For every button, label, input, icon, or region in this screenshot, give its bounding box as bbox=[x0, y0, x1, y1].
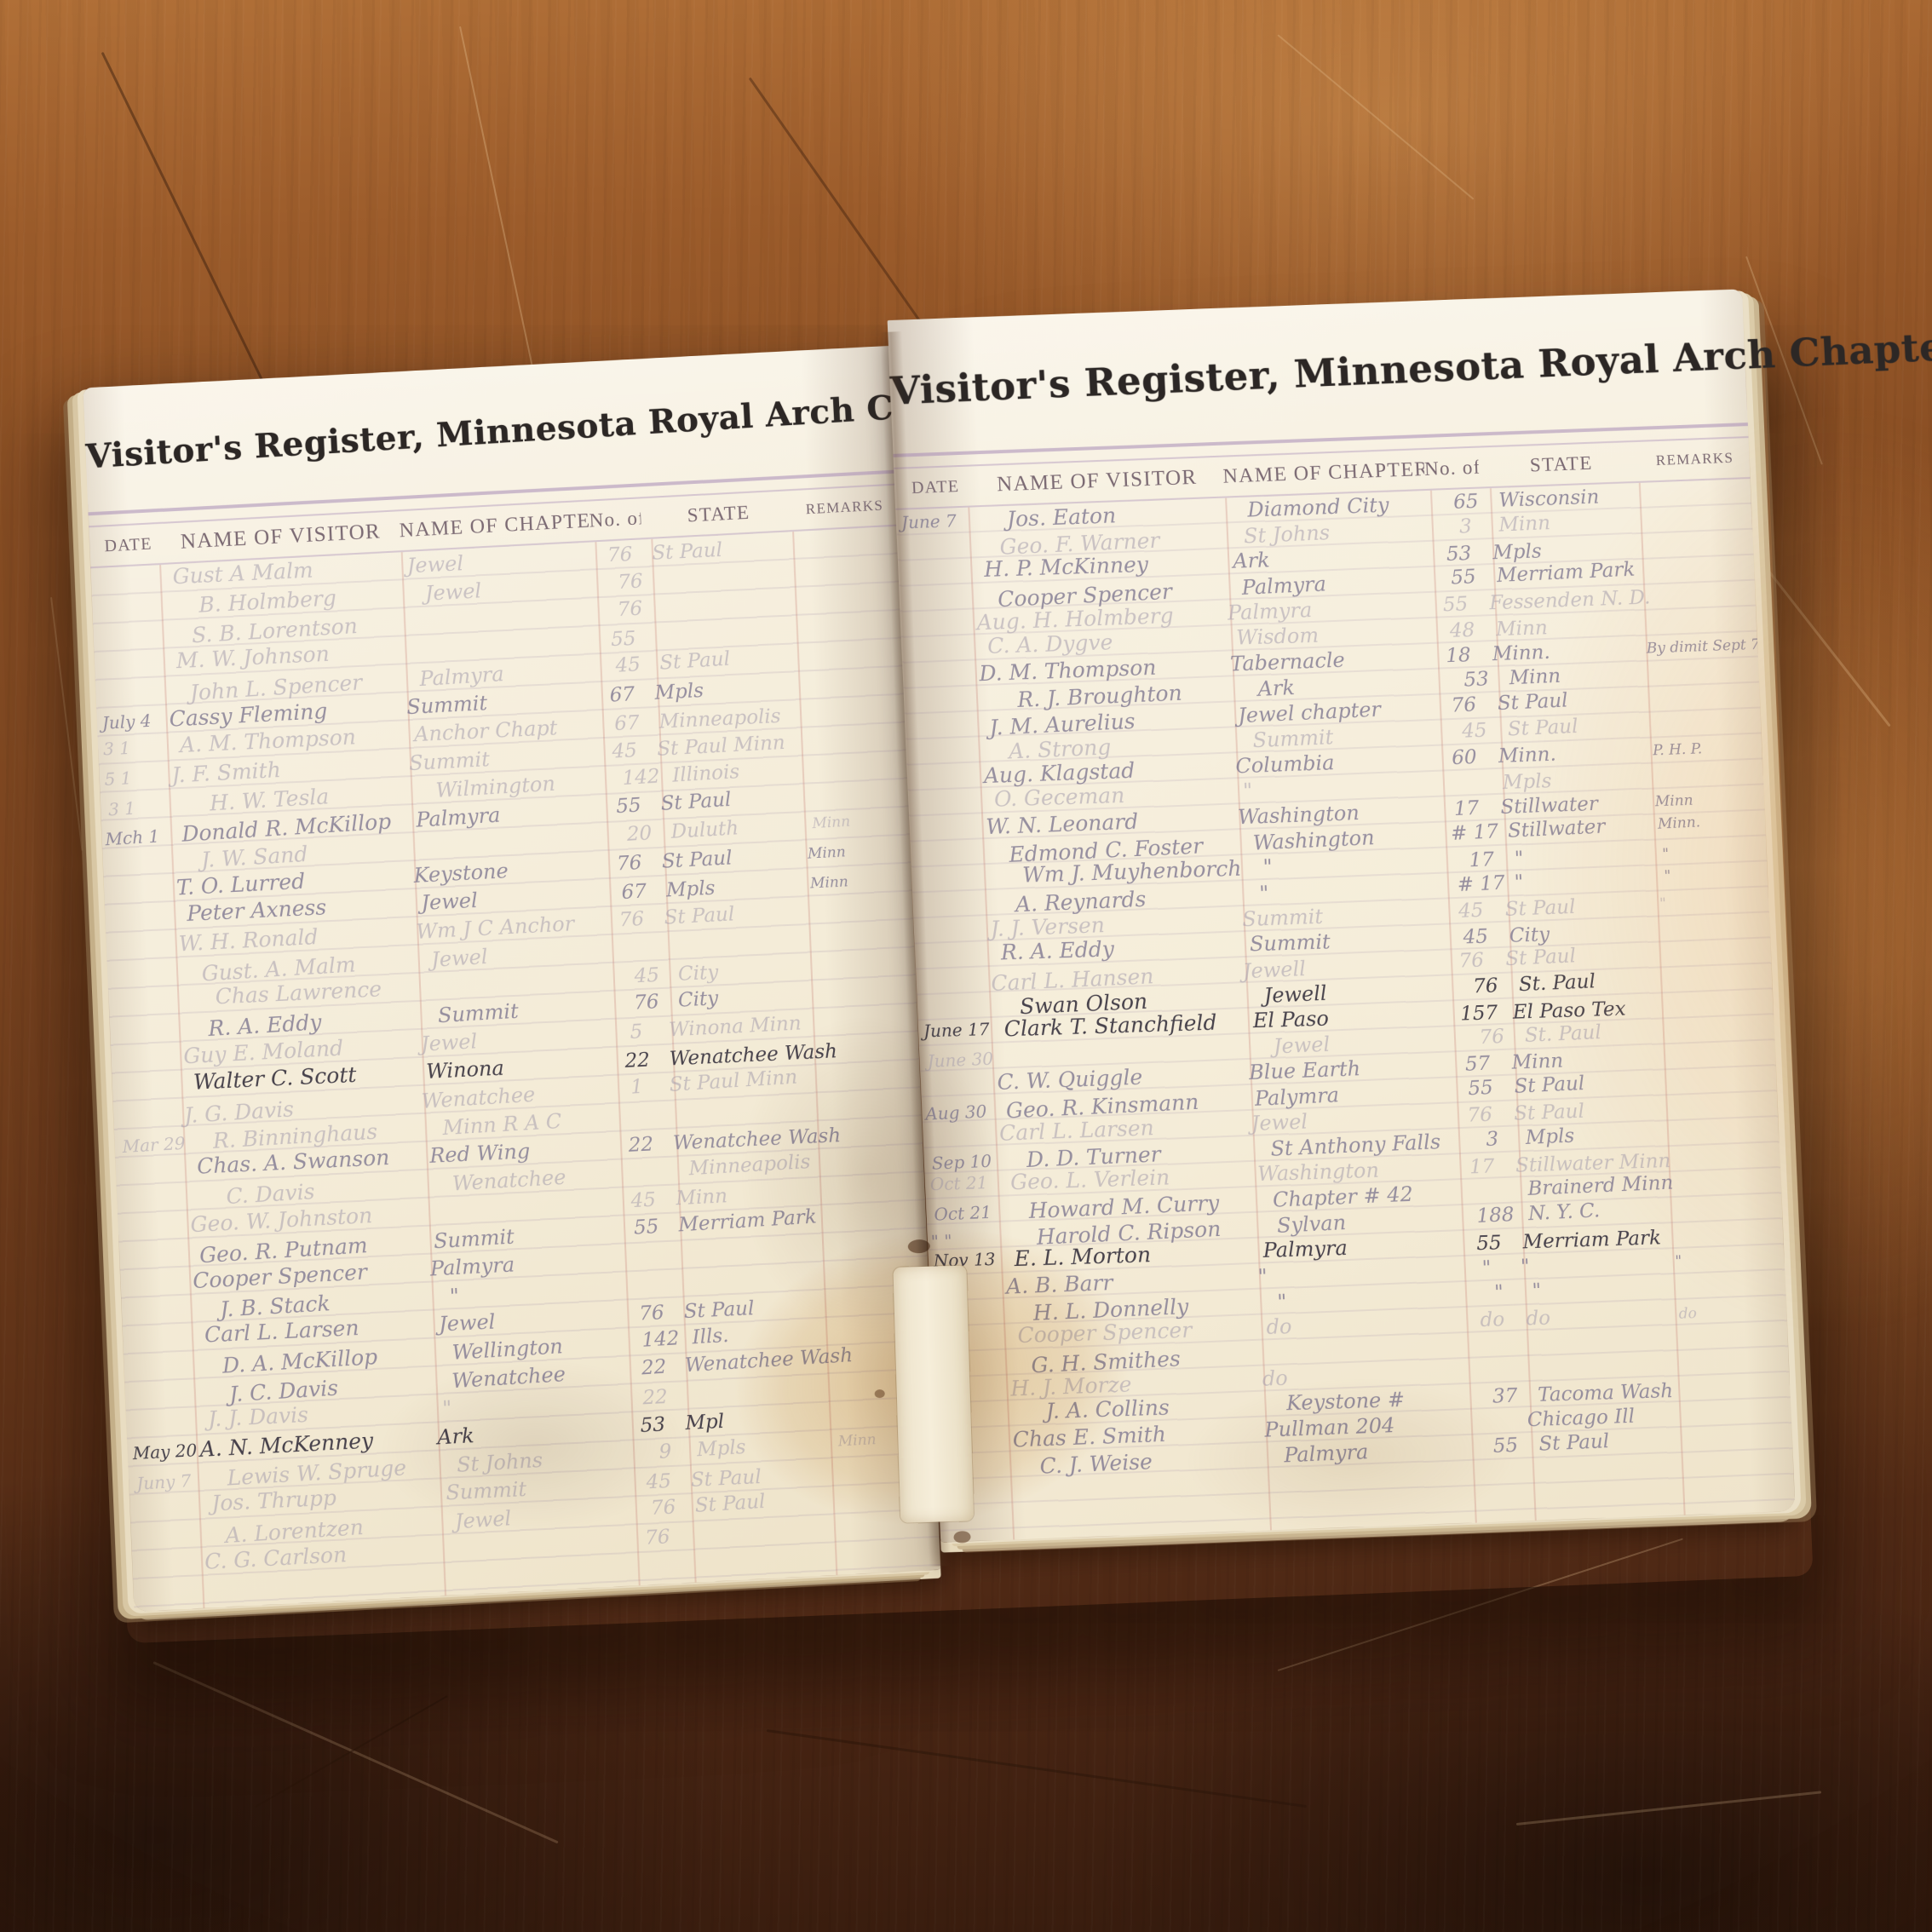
column-header: REMARKS bbox=[790, 497, 897, 520]
column-header: NAME OF VISITOR bbox=[970, 465, 1223, 498]
cell-state: St Paul bbox=[1532, 1429, 1686, 1455]
cell-remarks bbox=[1679, 1280, 1788, 1285]
column-header: REMARKS bbox=[1636, 449, 1750, 470]
page-title: Visitor's Register, Minnesota Royal Arch… bbox=[889, 333, 1746, 414]
cell-no: 76 bbox=[603, 853, 655, 875]
cell-no: 5 bbox=[610, 1021, 662, 1044]
cell-no: 45 bbox=[1447, 720, 1501, 742]
cell-date bbox=[124, 1311, 194, 1315]
cell-date bbox=[116, 1167, 187, 1170]
cell-remarks bbox=[1672, 1127, 1781, 1131]
cell-no bbox=[633, 1170, 681, 1172]
cell-state: Minneapolis bbox=[681, 1152, 825, 1180]
cell-remarks bbox=[799, 594, 902, 600]
cell-chapter: Keystone # bbox=[1286, 1387, 1480, 1413]
cell-remarks bbox=[1674, 1178, 1783, 1182]
cell-state: City bbox=[671, 983, 817, 1011]
cell-state: Mpls bbox=[1518, 1122, 1672, 1148]
cell-no: 76 bbox=[1444, 950, 1499, 972]
cell-date: May 20 bbox=[127, 1441, 200, 1462]
cell-state: " bbox=[1525, 1275, 1679, 1302]
cell-state: St Paul bbox=[653, 786, 802, 815]
cell-remarks bbox=[800, 737, 906, 743]
cell-no bbox=[626, 1114, 676, 1117]
cell-no: 76 bbox=[638, 1497, 689, 1520]
cell-state: Duluth bbox=[664, 815, 809, 843]
cell-remarks bbox=[793, 543, 898, 548]
cell-date bbox=[916, 906, 990, 909]
cell-date: 3 1 bbox=[98, 737, 170, 757]
cell-no: 55 bbox=[1479, 1435, 1532, 1458]
cell-name: Clark T. Stanchfield bbox=[993, 1010, 1253, 1040]
cell-date: Oct 21 bbox=[929, 1203, 1003, 1223]
left-page: Visitor's Register, Minnesota Royal Arch… bbox=[83, 346, 940, 1612]
column-header: NAME OF VISITOR bbox=[162, 519, 400, 555]
cell-name: R. A. Eddy bbox=[990, 934, 1250, 963]
cell-no: 57 bbox=[1450, 1054, 1505, 1075]
cell-state bbox=[664, 936, 809, 946]
cell-remarks bbox=[1643, 492, 1751, 496]
cell-date: June 30 bbox=[922, 1050, 996, 1071]
cell-remarks bbox=[1676, 1360, 1789, 1364]
rust-spot bbox=[953, 1531, 971, 1544]
cell-chapter: Jewel bbox=[421, 883, 609, 912]
cell-state: Stillwater bbox=[1500, 814, 1654, 841]
cell-state: St Paul bbox=[1498, 894, 1656, 920]
cell-remarks bbox=[1663, 1053, 1775, 1057]
cell-no: 1 bbox=[611, 1076, 664, 1099]
cell-state: N. Y. C. bbox=[1521, 1198, 1673, 1224]
cell-name: Cooper Spencer bbox=[1007, 1317, 1267, 1347]
cell-chapter: Jewel bbox=[406, 547, 595, 576]
cell-no: 45 bbox=[1443, 900, 1498, 922]
cell-date bbox=[105, 914, 176, 917]
cell-remarks bbox=[1685, 1434, 1794, 1438]
cell-state: Minn. bbox=[1491, 741, 1649, 767]
cell-remarks bbox=[1647, 692, 1757, 697]
cell-chapter bbox=[422, 612, 606, 623]
cell-remarks bbox=[1676, 1330, 1785, 1335]
cell-date bbox=[112, 1083, 183, 1086]
cell-no: 22 bbox=[615, 1135, 666, 1157]
cell-date bbox=[127, 1367, 197, 1371]
cell-remarks bbox=[802, 790, 906, 796]
cell-no bbox=[620, 1256, 671, 1258]
cell-no: 60 bbox=[1436, 747, 1492, 768]
column-header: STATE bbox=[1479, 451, 1637, 479]
cell-remarks: " bbox=[1660, 865, 1770, 883]
cell-date bbox=[126, 1420, 198, 1423]
cell-remarks bbox=[807, 906, 913, 911]
cell-no: 48 bbox=[1435, 620, 1489, 641]
cell-no: # 17 bbox=[1447, 822, 1501, 844]
cell-remarks bbox=[1642, 545, 1754, 549]
cell-date bbox=[112, 1030, 182, 1034]
cell-no: 76 bbox=[605, 599, 656, 621]
cell-remarks bbox=[1659, 928, 1770, 931]
cell-remarks bbox=[820, 1100, 923, 1106]
cell-state: " bbox=[1507, 866, 1661, 893]
cell-date bbox=[118, 1256, 189, 1261]
column-header: NAME OF CHAPTER bbox=[399, 509, 589, 543]
cell-no: 142 bbox=[616, 767, 666, 789]
cell-no: 76 bbox=[1458, 975, 1512, 998]
binding-tape-strip bbox=[893, 1265, 974, 1522]
cell-no: 45 bbox=[618, 1190, 670, 1212]
cell-no: 188 bbox=[1469, 1205, 1521, 1227]
cell-date bbox=[129, 1538, 199, 1542]
cell-state: Mpls bbox=[690, 1433, 836, 1461]
cell-chapter: Palmyra bbox=[1262, 1234, 1463, 1261]
cell-date bbox=[118, 1225, 191, 1228]
column-header: STATE bbox=[640, 499, 790, 529]
cell-date bbox=[921, 1082, 998, 1084]
cell-remarks bbox=[797, 649, 900, 655]
cell-state: Minn bbox=[1492, 509, 1646, 536]
cell-remarks bbox=[819, 1210, 923, 1217]
cell-date bbox=[106, 944, 179, 947]
cell-state: Merriam Park bbox=[671, 1207, 819, 1236]
cell-remarks bbox=[812, 1070, 918, 1077]
cell-state bbox=[1523, 1335, 1676, 1342]
cell-name: H. P. McKinney bbox=[974, 550, 1233, 580]
cell-remarks bbox=[1643, 564, 1752, 569]
cell-no: 76 bbox=[1436, 694, 1491, 716]
cell-name: Geo. L. Verlein bbox=[1000, 1164, 1258, 1193]
cell-no: 76 bbox=[606, 572, 655, 594]
cell-no: 67 bbox=[596, 684, 648, 706]
cell-no: 67 bbox=[608, 882, 659, 904]
cell-state: St Paul bbox=[645, 538, 793, 564]
cell-no: " bbox=[1472, 1282, 1526, 1304]
cell-date bbox=[92, 607, 161, 611]
register-rows-area: Gust A MalmJewel76St PaulB. HolmbergJewe… bbox=[90, 526, 940, 1612]
cell-state: Wenatchee Wash bbox=[677, 1348, 830, 1377]
cell-no: 76 bbox=[626, 1303, 677, 1325]
cell-state bbox=[655, 573, 797, 581]
cell-state: Winona Minn bbox=[662, 1014, 812, 1041]
cell-remarks bbox=[825, 1156, 926, 1162]
cell-state: St Paul bbox=[653, 646, 798, 674]
cell-no: 37 bbox=[1479, 1386, 1532, 1407]
cell-no: 76 bbox=[606, 909, 658, 931]
cell-no: 17 bbox=[1455, 1157, 1509, 1178]
cell-chapter: Palmyra bbox=[1284, 1437, 1480, 1466]
cell-no bbox=[1470, 1343, 1523, 1345]
cell-no: 76 bbox=[1465, 1026, 1518, 1049]
cell-remarks bbox=[1678, 1411, 1791, 1415]
cell-no bbox=[1468, 1189, 1521, 1192]
cell-no bbox=[1463, 1370, 1518, 1371]
cell-remarks bbox=[1645, 515, 1754, 519]
cell-state bbox=[1518, 1364, 1676, 1370]
cell-date bbox=[923, 1133, 999, 1136]
cell-remarks bbox=[1652, 774, 1763, 778]
cell-no: 55 bbox=[620, 1216, 672, 1239]
cell-no bbox=[1466, 1421, 1521, 1423]
cell-date bbox=[109, 998, 178, 1002]
cell-remarks bbox=[816, 987, 919, 993]
cell-no: 76 bbox=[621, 992, 672, 1014]
cell-chapter: " bbox=[442, 1389, 630, 1418]
cell-remarks bbox=[1664, 1075, 1774, 1080]
cell-state: St. Paul bbox=[1511, 969, 1665, 995]
cell-no: 55 bbox=[598, 629, 649, 651]
cell-no bbox=[615, 945, 664, 948]
cell-no: 55 bbox=[1453, 1078, 1508, 1100]
cell-chapter bbox=[428, 1203, 618, 1213]
cell-date bbox=[91, 577, 163, 580]
cell-no: 55 bbox=[1428, 594, 1483, 615]
cell-state bbox=[671, 1248, 820, 1256]
cell-no: 53 bbox=[1432, 543, 1486, 565]
column-header: No. of Chap'r bbox=[1424, 457, 1480, 480]
cell-state: St Paul bbox=[1500, 714, 1654, 740]
cell-no: 76 bbox=[594, 544, 645, 566]
cell-remarks bbox=[800, 711, 905, 716]
cell-chapter bbox=[1275, 1345, 1470, 1354]
cell-date bbox=[132, 1561, 204, 1565]
cell-remarks bbox=[1665, 974, 1774, 978]
cell-remarks: By dimit Sept 7 '19 bbox=[1642, 637, 1757, 656]
cell-chapter bbox=[442, 1539, 632, 1550]
cell-no: 45 bbox=[1448, 927, 1503, 948]
cell-no: 157 bbox=[1452, 1003, 1506, 1025]
cell-no: 76 bbox=[1452, 1105, 1508, 1126]
open-register-book: Visitor's Register, Minnesota Royal Arch… bbox=[64, 280, 1811, 1627]
cell-no: 45 bbox=[602, 654, 653, 677]
cell-remarks bbox=[1657, 947, 1769, 952]
cell-remarks bbox=[809, 929, 912, 935]
cell-no: # 17 bbox=[1454, 873, 1508, 895]
right-page: Visitor's Register, Minnesota Royal Arch… bbox=[888, 289, 1796, 1542]
cell-date bbox=[909, 752, 983, 756]
photo-of-open-register-book: { "photo": { "subject": "Antique open vi… bbox=[0, 0, 1932, 1932]
cell-date bbox=[95, 694, 164, 699]
cell-state: St Paul bbox=[1507, 1070, 1664, 1096]
register-rows-area: 1919 June 7Jos. EatonDiamond City65Wisco… bbox=[895, 479, 1795, 1543]
cell-date bbox=[106, 975, 175, 980]
cell-remarks bbox=[1643, 594, 1756, 598]
cell-no: 67 bbox=[601, 713, 653, 735]
column-header: DATE bbox=[89, 533, 163, 556]
column-header: No. of Chap'r bbox=[589, 508, 641, 532]
cell-remarks bbox=[1654, 719, 1763, 723]
cell-date bbox=[920, 1008, 994, 1011]
cell-chapter bbox=[411, 641, 598, 649]
cell-remarks: " bbox=[1671, 1251, 1785, 1269]
cell-date bbox=[106, 862, 175, 866]
cell-no: 45 bbox=[633, 1471, 684, 1493]
cell-date: Juny 7 bbox=[131, 1471, 202, 1492]
cell-no: 22 bbox=[612, 1050, 663, 1072]
cell-date: Mch 1 bbox=[100, 826, 172, 848]
cell-remarks bbox=[1665, 1104, 1778, 1108]
cell-no bbox=[1442, 783, 1496, 785]
cell-date: 3 1 bbox=[103, 797, 173, 819]
cell-remarks bbox=[1645, 622, 1757, 625]
cell-date bbox=[120, 1281, 193, 1285]
cell-remarks bbox=[1669, 1025, 1776, 1029]
cell-remarks: Minn bbox=[808, 811, 912, 831]
cell-remarks: Minn bbox=[804, 842, 911, 862]
cell-no: 17 bbox=[1455, 849, 1508, 871]
cell-chapter: Wisdom bbox=[1236, 621, 1436, 647]
cell-remarks bbox=[1672, 1203, 1780, 1208]
cell-no: 53 bbox=[1450, 669, 1503, 691]
cell-no bbox=[633, 1283, 682, 1285]
cell-remarks bbox=[819, 1187, 925, 1193]
cell-no: 53 bbox=[627, 1415, 679, 1437]
cell-no: 55 bbox=[1462, 1233, 1516, 1254]
cell-date bbox=[95, 661, 166, 664]
cell-remarks bbox=[1653, 668, 1761, 672]
cell-no: 45 bbox=[622, 965, 671, 987]
cell-chapter: " bbox=[1243, 774, 1443, 801]
cell-remarks bbox=[832, 1523, 939, 1529]
cell-no: 45 bbox=[599, 740, 651, 762]
cell-date bbox=[124, 1397, 192, 1401]
cell-state bbox=[683, 1274, 828, 1283]
cell-state bbox=[676, 1106, 821, 1114]
cell-remarks bbox=[811, 1018, 917, 1024]
cell-state: Mpls bbox=[1496, 768, 1653, 793]
cell-no: 3 bbox=[1439, 516, 1492, 538]
cell-no: 55 bbox=[603, 795, 655, 818]
cell-no: " bbox=[1459, 1257, 1515, 1279]
cell-date bbox=[123, 1336, 194, 1339]
cell-state: St Paul bbox=[1498, 943, 1657, 970]
cell-date bbox=[900, 548, 974, 551]
cell-date bbox=[129, 1504, 201, 1508]
cell-state bbox=[683, 1529, 832, 1537]
cell-state bbox=[681, 1390, 828, 1397]
cell-date bbox=[96, 637, 166, 641]
cell-chapter: Anchor Chapt bbox=[414, 715, 602, 744]
cell-remarks bbox=[1682, 1388, 1790, 1391]
cell-no: 3 bbox=[1465, 1129, 1519, 1151]
page-title: Visitor's Register, Minnesota Royal Arch… bbox=[85, 388, 894, 477]
cell-state: Mpls bbox=[659, 875, 808, 901]
cell-state: Tacoma Wash bbox=[1531, 1381, 1682, 1406]
cell-date bbox=[112, 1116, 184, 1120]
cell-date bbox=[104, 888, 176, 891]
cell-state bbox=[655, 600, 800, 608]
cell-state: St Paul Minn bbox=[662, 1067, 812, 1096]
cell-no: 22 bbox=[630, 1357, 679, 1379]
cell-remarks bbox=[797, 568, 899, 573]
cell-state: St Paul bbox=[654, 845, 804, 872]
cell-remarks: Minn. bbox=[1654, 813, 1764, 832]
cell-no: 142 bbox=[635, 1329, 687, 1351]
cell-state: Mpls bbox=[647, 676, 797, 704]
cell-state: Minn bbox=[1489, 615, 1646, 640]
cell-no: 76 bbox=[631, 1527, 683, 1550]
cell-chapter bbox=[431, 836, 615, 847]
cell-no: 17 bbox=[1439, 798, 1494, 819]
cell-date bbox=[111, 1056, 183, 1060]
cell-state: St Paul bbox=[1490, 687, 1647, 714]
cell-name bbox=[996, 1047, 1274, 1059]
cell-no: 18 bbox=[1431, 645, 1486, 666]
cell-remarks bbox=[1672, 1234, 1784, 1238]
column-header: NAME OF CHAPTER bbox=[1222, 458, 1425, 489]
cell-no: do bbox=[1465, 1309, 1520, 1331]
cell-remarks bbox=[814, 963, 915, 969]
cell-remarks bbox=[796, 627, 901, 632]
cell-chapter bbox=[441, 978, 622, 986]
cell-date bbox=[906, 701, 980, 704]
cell-state: Merriam Park bbox=[1515, 1228, 1672, 1253]
cell-no: 22 bbox=[630, 1387, 681, 1409]
cell-state: Merriam Park bbox=[1489, 560, 1643, 586]
cell-state: Fessenden N. D. bbox=[1482, 588, 1644, 613]
cell-remarks: P. H. P. bbox=[1649, 739, 1762, 758]
cell-no: 9 bbox=[640, 1441, 691, 1463]
cell-state: Minneapolis bbox=[652, 706, 800, 733]
cell-state bbox=[649, 631, 796, 638]
cell-date: Mar 29 bbox=[117, 1134, 187, 1155]
cell-remarks bbox=[808, 762, 910, 768]
cell-date: 5 1 bbox=[99, 767, 172, 787]
cell-date bbox=[119, 1199, 188, 1203]
cell-date: July 4 bbox=[96, 710, 170, 731]
cell-remarks bbox=[1670, 1158, 1780, 1161]
cell-no: 65 bbox=[1440, 492, 1492, 513]
cell-remarks bbox=[1662, 1004, 1774, 1008]
cell-state: St Paul bbox=[687, 1488, 833, 1516]
cell-no: 55 bbox=[1436, 566, 1490, 589]
cell-remarks: Minn bbox=[807, 872, 912, 892]
cell-state: St. Paul bbox=[1517, 1020, 1670, 1046]
cell-remarks bbox=[797, 681, 904, 687]
cell-no: 20 bbox=[614, 823, 665, 845]
cell-remarks: " bbox=[1656, 893, 1769, 911]
